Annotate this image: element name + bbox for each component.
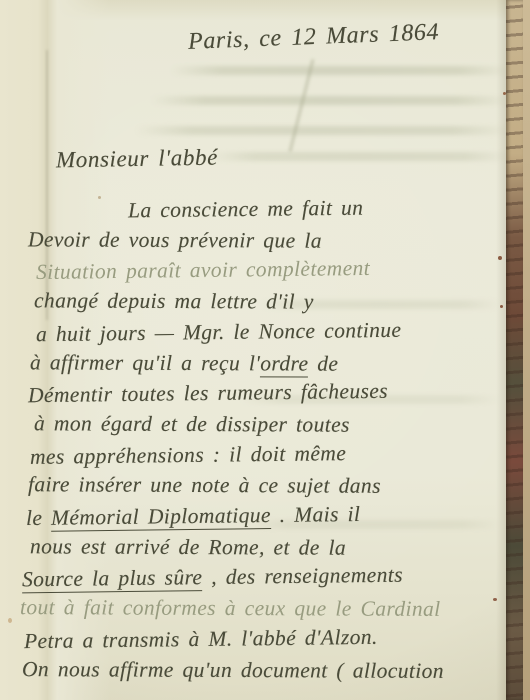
manuscript-line: Source la plus sûre , des renseignements [22,563,403,593]
manuscript-text: faire insérer une note à ce sujet dans [28,473,381,499]
manuscript-line: a huit jours — Mgr. le Nonce continue [36,318,402,347]
bleedthrough-smudge [170,66,510,75]
foxing-speck [98,196,101,199]
manuscript-photo: Paris, ce 12 Mars 1864 Monsieur l'abbé L… [0,0,530,700]
manuscript-text: , des renseignements [202,563,403,589]
book-fore-edge [506,0,523,700]
manuscript-line: changé depuis ma lettre d'il y [34,288,314,314]
manuscript-line: Devoir de vous prévenir que la [28,227,322,253]
manuscript-text: nous est arrivé de Rome, et de la [30,534,346,559]
bleedthrough-smudge [135,126,510,135]
bleedthrough-smudge [150,96,510,105]
manuscript-text: a huit jours — Mgr. le Nonce continue [36,318,402,346]
bleedthrough-smudge [210,152,510,161]
manuscript-line: le Mémorial Diplomatique . Mais il [26,502,361,531]
manuscript-text: Devoir de vous prévenir que la [28,227,322,252]
underlined-phrase: Mémorial Diplomatique [51,503,271,532]
foxing-speck [500,305,503,308]
salutation: Monsieur l'abbé [56,145,218,174]
foxing-speck [493,598,497,601]
manuscript-line: Situation paraît avoir complètement [36,256,370,285]
foxing-speck [8,618,12,623]
manuscript-line: à mon égard et de dissiper toutes [34,411,350,437]
bleedthrough-stroke [289,59,315,152]
underlined-phrase: Source la plus sûre [22,566,203,594]
manuscript-text: Situation paraît avoir complètement [36,256,370,284]
manuscript-text: tout à fait conformes à ceux que le Card… [20,595,441,621]
manuscript-text: changé depuis ma lettre d'il y [34,288,314,313]
manuscript-text: Petra a transmis à M. l'abbé d'Alzon. [24,625,378,653]
manuscript-text: La conscience me fait un [128,196,364,223]
manuscript-line: mes appréhensions : il doit même [30,441,347,470]
manuscript-line: à affirmer qu'il a reçu l'ordre de [30,350,338,376]
manuscript-line: La conscience me fait un [128,196,364,224]
dateline: Paris, ce 12 Mars 1864 [188,19,440,56]
page-edge-shadow [496,0,506,700]
manuscript-line: tout à fait conformes à ceux que le Card… [20,595,441,622]
book-outer-edge [523,0,530,700]
foxing-speck [498,256,502,260]
manuscript-text: de [308,351,338,375]
manuscript-text: . Mais il [271,502,361,527]
manuscript-text: On nous affirme qu'un document ( allocut… [22,657,444,683]
manuscript-text: le [26,506,51,530]
manuscript-text: mes appréhensions : il doit même [30,441,346,469]
manuscript-text: à mon égard et de dissiper toutes [34,411,350,436]
underlined-phrase: ordre [260,351,308,377]
manuscript-line: faire insérer une note à ce sujet dans [28,473,381,500]
manuscript-text: Démentir toutes les rumeurs fâcheuses [28,379,388,407]
manuscript-line: On nous affirme qu'un document ( allocut… [22,657,444,684]
manuscript-line: Petra a transmis à M. l'abbé d'Alzon. [24,625,378,654]
manuscript-line: Démentir toutes les rumeurs fâcheuses [28,379,388,408]
manuscript-text: à affirmer qu'il a reçu l' [30,350,260,375]
manuscript-line: nous est arrivé de Rome, et de la [30,534,346,560]
